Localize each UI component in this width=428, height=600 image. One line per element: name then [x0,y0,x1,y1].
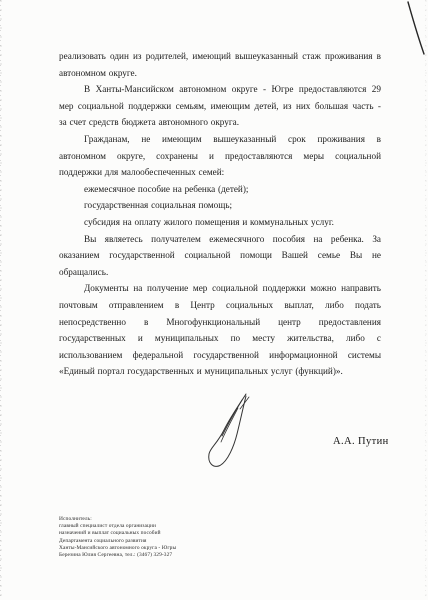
letter-line: за счет средств бюджета автономного окру… [59,114,381,131]
letter-line: мер социальной поддержки семьям, имеющим… [59,98,381,115]
executor-info-line: Департамента социального развития [59,538,176,545]
executor-info-line: Ханты-Мансийского автономного округа - Ю… [59,545,176,552]
letter-line: «Единый портал государственных и муницип… [59,363,381,380]
letter-line: оказанием государственной социальной пом… [59,247,381,264]
letter-line: непосредственно в Многофункциональный це… [59,314,381,331]
letter-line: использованием федеральной государственн… [59,347,381,364]
letter-line: Гражданам, не имеющим вышеуказанный срок… [59,131,381,148]
letter-line: автономном округе. [59,65,381,82]
letter-line: поддержки для малообеспеченных семей: [59,164,381,181]
letter-line: автономном округе, сохранены и предостав… [59,148,381,165]
letter-body: реализовать один из родителей, имеющий в… [59,48,381,380]
signer-name: А.А. Путин [333,436,389,447]
scan-edge-noise-left [0,0,3,600]
letter-list-item: ежемесячное пособие на ребенка (детей); [59,181,381,198]
letter-line: Документы на получение мер социальной по… [59,280,381,297]
letter-line: Вы являетесь получателем ежемесячного по… [59,231,381,248]
letter-line: В Ханты-Мансийском автономном округе - Ю… [59,81,381,98]
document-page: реализовать один из родителей, имеющий в… [0,0,428,600]
scan-artifact-pen-stroke [400,0,428,60]
letter-list-item: государственная социальная помощь; [59,197,381,214]
letter-line: реализовать один из родителей, имеющий в… [59,48,381,65]
executor-info-line: Березина Юлия Сергеевна, тел.: (3467) 32… [59,552,176,559]
executor-info-line: назначений и выплат социальных пособий [59,530,176,537]
signature [195,388,257,477]
letter-line: государственных и муниципальных по месту… [59,330,381,347]
letter-line: обращались. [59,264,381,281]
letter-list-item: субсидия на оплату жилого помещения и ко… [59,214,381,231]
letter-line: почтовым отправлением в Центр социальных… [59,297,381,314]
executor-info: Исполнитель: главный специалист отдела о… [59,516,176,559]
